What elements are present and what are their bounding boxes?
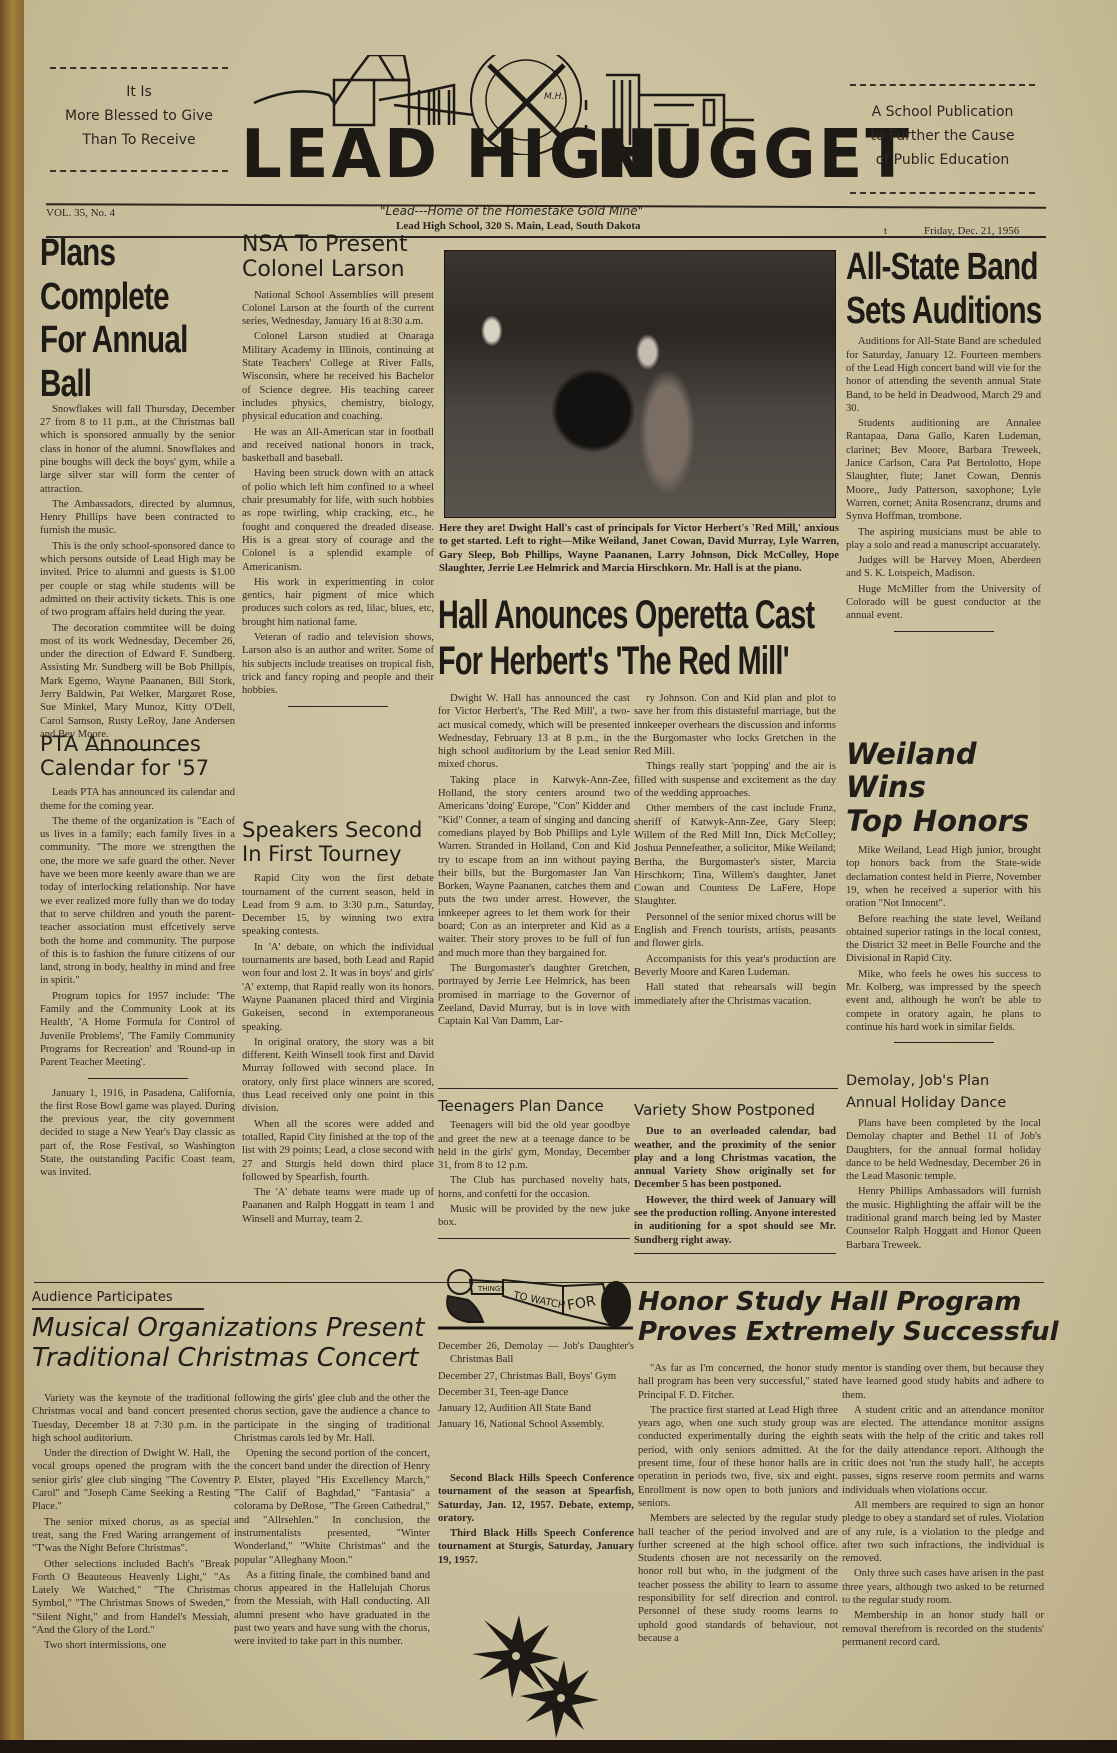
headline: Speakers Second In First Tourney (242, 818, 434, 866)
paragraph: The Club has purchased novelty hats, hor… (438, 1174, 630, 1201)
paragraph: Third Black Hills Speech Conference tour… (438, 1527, 634, 1567)
paragraph: The senior mixed chorus, as as special t… (32, 1516, 230, 1556)
right-ear-line: to Further the Cause (850, 124, 1035, 148)
headline-line: Speakers Second (242, 818, 434, 842)
honor-study-hall-col-1: "As far as I'm concerned, the honor stud… (638, 1362, 838, 1647)
paragraph: Members are selected by the regular stud… (638, 1512, 838, 1645)
headline-line: Demolay, Job's Plan (846, 1070, 1041, 1092)
headline: Weiland Wins Top Honors (846, 738, 1041, 838)
honor-study-hall-headline: Honor Study Hall Program Proves Extremel… (638, 1288, 1058, 1348)
headline-line: Weiland Wins (846, 738, 1041, 805)
ornamental-rule (850, 192, 1035, 194)
paragraph: Hall stated that rehearsals will begin i… (634, 981, 836, 1008)
column-divider (88, 1078, 188, 1079)
paragraph: following the girls' glee club and the o… (234, 1392, 430, 1445)
operetta-col-1: Dwight W. Hall has announced the cast fo… (438, 692, 630, 1030)
paragraph: Snowflakes will fall Thursday, December … (40, 403, 235, 496)
paragraph: Personnel of the senior mixed chorus wil… (634, 911, 836, 951)
paragraph: Henry Phillips Ambassadors will furnish … (846, 1185, 1041, 1251)
paragraph: Other members of the cast include Franz,… (634, 802, 836, 908)
ornamental-rule (50, 170, 228, 172)
paragraph: Before reaching the state level, Weiland… (846, 913, 1041, 966)
article-body: Leads PTA has announced its calendar and… (40, 786, 235, 1069)
paragraph: Under the direction of Dwight W. Hall, t… (32, 1447, 230, 1513)
paragraph: January 1, 1916, in Pasadena, California… (40, 1087, 235, 1180)
ornamental-rule (50, 67, 228, 69)
paragraph: ry Johnson. Con and Kid plan and plot to… (634, 692, 836, 758)
paragraph: Plans have been completed by the local D… (846, 1117, 1041, 1183)
paragraph: The Burgomaster's daughter Gretchen, por… (438, 962, 630, 1028)
paragraph: The practice first started at Lead High … (638, 1404, 838, 1510)
paragraph: Huge McMiller from the University of Col… (846, 583, 1041, 623)
paragraph: Mike Weiland, Lead High junior, brought … (846, 844, 1041, 910)
school-address: Lead High School, 320 S. Main, Lead, Sou… (396, 220, 641, 232)
cast-photo (444, 250, 836, 518)
article-colonel-larson: NSA To Present Colonel Larson National S… (242, 232, 434, 715)
column-divider (288, 706, 388, 707)
section-rule (438, 1238, 630, 1239)
paragraph: Taking place in Katwyk-Ann-Zee, Holland,… (438, 774, 630, 960)
headline-line: NSA To Present (242, 232, 434, 257)
column-divider (894, 1042, 994, 1043)
article-body: Plans have been completed by the local D… (846, 1117, 1041, 1252)
things-to-watch-for-banner: THINGS TO WATCH FOR (438, 1262, 638, 1334)
paragraph: All members are required to sign an hono… (842, 1499, 1044, 1565)
concert-col-2: following the girls' glee club and the o… (234, 1392, 430, 1651)
headline-line: Proves Extremely Successful (638, 1318, 1058, 1348)
column-divider (894, 631, 994, 632)
paragraph: The Ambassadors, directed by alumnus, He… (40, 498, 235, 538)
article-demolay: Demolay, Job's Plan Annual Holiday Dance… (846, 1070, 1041, 1254)
paragraph: Colonel Larson studied at Onaraga Milita… (242, 330, 434, 423)
headline-line: Colonel Larson (242, 257, 434, 282)
page-bottom-edge (0, 1740, 1117, 1753)
article-annual-ball: Plans Complete For Annual Ball Snowflake… (40, 232, 235, 758)
headline-line: Musical Organizations Present (32, 1314, 442, 1344)
paragraph: Things really start 'popping' and the ai… (634, 760, 836, 800)
volume-number: VOL. 35, No. 4 (46, 207, 115, 219)
headline-line: In First Tourney (242, 842, 434, 866)
kicker: Audience Participates (32, 1290, 442, 1305)
headline: PTA Announces Calendar for '57 (40, 732, 235, 780)
operetta-col-2: ry Johnson. Con and Kid plan and plot to… (634, 692, 836, 1010)
article-variety-show: Variety Show Postponed Due to an overloa… (634, 1102, 836, 1254)
event-item: December 26, Demolay — Job's Daughter's … (438, 1340, 634, 1367)
banner-word-things: THINGS (477, 1285, 505, 1293)
article-body: Due to an overloaded calendar, bad weath… (634, 1125, 836, 1247)
paragraph: In original oratory, the story was a bit… (242, 1036, 434, 1116)
paragraph: Membership in an honor study hall or rem… (842, 1609, 1044, 1649)
article-body: National School Assemblies will present … (242, 289, 434, 698)
headline-line: Traditional Christmas Concert (32, 1344, 442, 1374)
paragraph: The theme of the organization is "Each o… (40, 815, 235, 988)
paragraph: Veteran of radio and television shows, L… (242, 631, 434, 697)
paragraph: However, the third week of January will … (634, 1194, 836, 1247)
article-body: Auditions for All-State Band are schedul… (846, 335, 1041, 622)
paragraph: The 'A' debate teams were made up of Paa… (242, 1186, 434, 1226)
headline-line: Honor Study Hall Program (638, 1288, 1058, 1318)
article-all-state-band: All-State Band Sets Auditions Auditions … (846, 246, 1041, 640)
headline-line: Sets Auditions (846, 290, 1049, 334)
paragraph: "As far as I'm concerned, the honor stud… (638, 1362, 838, 1402)
right-ear: A School Publication to Further the Caus… (850, 100, 1035, 172)
paragraph: He was an All-American star in football … (242, 426, 434, 466)
paragraph: Auditions for All-State Band are schedul… (846, 335, 1041, 415)
paragraph: Opening the second portion of the concer… (234, 1447, 430, 1567)
paragraph: Music will be provided by the new juke b… (438, 1203, 630, 1230)
ornamental-rule (850, 84, 1035, 86)
article-concert: Audience Participates Musical Organizati… (32, 1290, 442, 1374)
paragraph: Teenagers will bid the old year goodbye … (438, 1119, 630, 1172)
events-calendar: December 26, Demolay — Job's Daughter's … (438, 1340, 634, 1435)
section-rule (438, 1088, 838, 1089)
paragraph: When all the scores were added and total… (242, 1118, 434, 1184)
headline: Demolay, Job's Plan Annual Holiday Dance (846, 1070, 1041, 1114)
headline-line: For Annual Ball (40, 319, 235, 406)
paragraph: Two short intermissions, one (32, 1639, 230, 1652)
left-ear: It Is More Blessed to Give Than To Recei… (50, 80, 228, 152)
paragraph: Other selections included Bach's "Break … (32, 1558, 230, 1638)
article-rose-bowl: January 1, 1916, in Pasadena, California… (40, 1087, 235, 1180)
headline: All-State Band Sets Auditions (846, 246, 1049, 333)
paragraph: As a fitting finale, the combined band a… (234, 1569, 430, 1649)
headline: Teenagers Plan Dance (438, 1098, 630, 1115)
paragraph: Accompanists for this year's production … (634, 953, 836, 980)
paragraph: Mike, who feels he owes his success to M… (846, 968, 1041, 1034)
paragraph: Students auditioning are Annalee Rantapa… (846, 417, 1041, 523)
event-item: December 31, Teen-age Dance (438, 1386, 634, 1399)
paragraph: mentor is standing over them, but becaus… (842, 1362, 1044, 1402)
left-ear-line: Than To Receive (50, 128, 228, 152)
poinsettia-illustration (464, 1610, 604, 1740)
honor-study-hall-col-2: mentor is standing over them, but becaus… (842, 1362, 1044, 1651)
paragraph: Variety was the keynote of the tradition… (32, 1392, 230, 1445)
speech-conference-notes: Second Black Hills Speech Conference tou… (438, 1472, 634, 1569)
article-pta-calendar: PTA Announces Calendar for '57 Leads PTA… (40, 732, 235, 1182)
section-rule (634, 1253, 836, 1254)
paragraph: Rapid City won the first debate tourname… (242, 872, 434, 938)
paragraph: This is the only school-sponsored dance … (40, 540, 235, 620)
paragraph: Having been struck down with an attack o… (242, 467, 434, 573)
kicker-rule (32, 1308, 204, 1310)
article-body: Teenagers will bid the old year goodbye … (438, 1119, 630, 1229)
banner-word-to-watch: TO WATCH (511, 1290, 566, 1312)
artist-initials: M.H. (544, 92, 564, 102)
banner-word-for: FOR (566, 1293, 597, 1314)
headline: Variety Show Postponed (634, 1102, 836, 1119)
headline-line: Annual Holiday Dance (846, 1092, 1041, 1114)
paragraph: National School Assemblies will present … (242, 289, 434, 329)
paragraph: The decoration commtitee will be doing m… (40, 622, 235, 742)
article-body: Rapid City won the first debate tourname… (242, 872, 434, 1226)
paragraph: Leads PTA has announced its calendar and… (40, 786, 235, 813)
newspaper-page: It Is More Blessed to Give Than To Recei… (24, 0, 1117, 1740)
operetta-headline: Hall Anounces Operetta Cast For Herbert'… (438, 592, 856, 684)
page-binding (0, 0, 24, 1753)
paragraph: The aspiring musicians must be able to p… (846, 526, 1041, 553)
paragraph: His work in experimenting in color genti… (242, 576, 434, 629)
photo-caption: Here they are! Dwight Hall's cast of pri… (439, 522, 839, 575)
headline-line: For Herbert's 'The Red Mill' (438, 638, 856, 684)
concert-col-1: Variety was the keynote of the tradition… (32, 1392, 230, 1655)
headline-line: Top Honors (846, 805, 1041, 838)
left-ear-line: It Is (50, 80, 228, 104)
right-ear-line: of Public Education (850, 148, 1035, 172)
article-teen-dance: Teenagers Plan Dance Teenagers will bid … (438, 1098, 630, 1239)
article-body: Mike Weiland, Lead High junior, brought … (846, 844, 1041, 1034)
paragraph: Second Black Hills Speech Conference tou… (438, 1472, 634, 1525)
headline: Plans Complete For Annual Ball (40, 232, 235, 407)
paragraph: Due to an overloaded calendar, bad weath… (634, 1125, 836, 1191)
paragraph: In 'A' debate, on which the individual t… (242, 941, 434, 1034)
paragraph: Dwight W. Hall has announced the cast fo… (438, 692, 630, 772)
paragraph: Only three such cases have arisen in the… (842, 1567, 1044, 1607)
article-weiland: Weiland Wins Top Honors Mike Weiland, Le… (846, 738, 1041, 1051)
headline-line: Hall Anounces Operetta Cast (438, 592, 856, 638)
paragraph: Judges will be Harvey Moen, Aberdeen and… (846, 554, 1041, 581)
headline-line: All-State Band (846, 246, 1049, 290)
paragraph: Program topics for 1957 include: 'The Fa… (40, 990, 235, 1070)
event-item: January 12, Audition All State Band (438, 1402, 634, 1415)
headline: Musical Organizations Present Traditiona… (32, 1314, 442, 1374)
article-speakers: Speakers Second In First Tourney Rapid C… (242, 818, 434, 1228)
headline-line: PTA Announces (40, 732, 235, 756)
event-item: December 27, Christmas Ball, Boys' Gym (438, 1370, 634, 1383)
right-ear-line: A School Publication (850, 100, 1035, 124)
left-ear-line: More Blessed to Give (50, 104, 228, 128)
headline: NSA To Present Colonel Larson (242, 232, 434, 283)
headline-line: Calendar for '57 (40, 756, 235, 780)
paragraph: A student critic and an attendance monit… (842, 1404, 1044, 1497)
headline-line: Plans Complete (40, 232, 235, 319)
event-item: January 16, National School Assembly. (438, 1418, 634, 1431)
article-body: Snowflakes will fall Thursday, December … (40, 403, 235, 741)
